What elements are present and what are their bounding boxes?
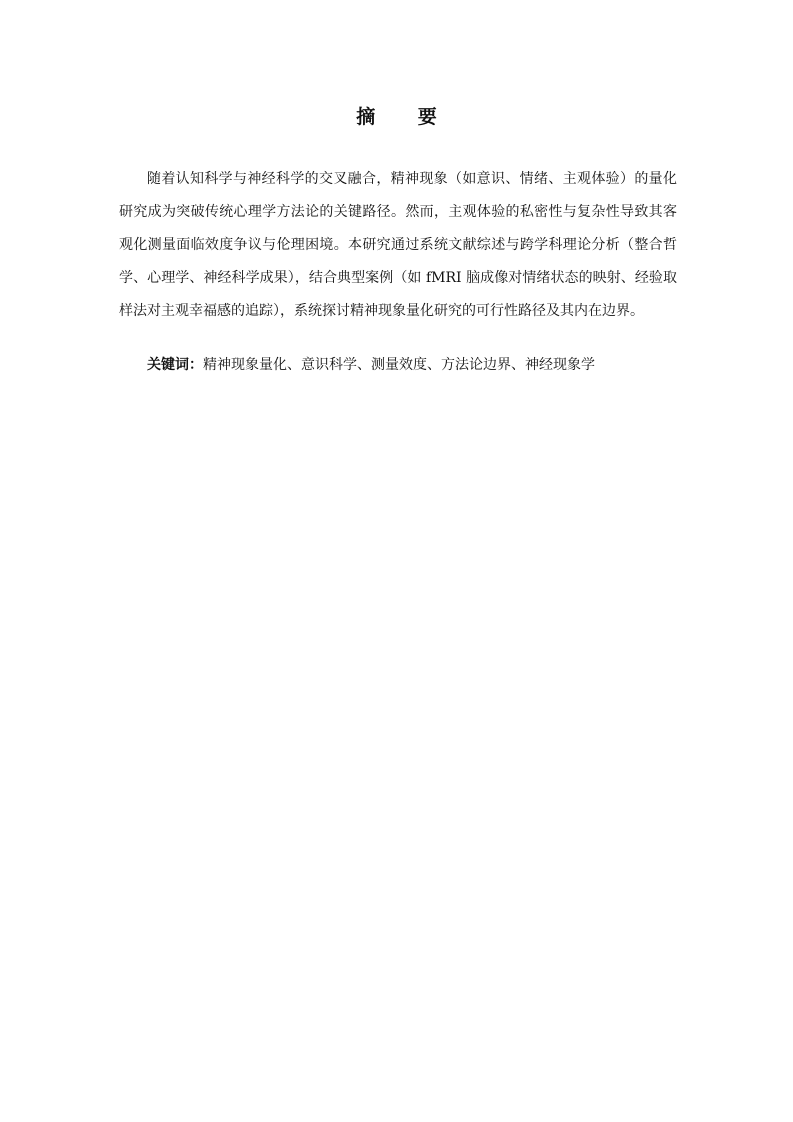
abstract-body: 随着认知科学与神经科学的交叉融合，精神现象（如意识、情绪、主观体验）的量化研究成… — [119, 163, 677, 328]
keywords-list: 精神现象量化、意识科学、测量效度、方法论边界、神经现象学 — [203, 357, 595, 373]
document-page: 摘 要 随着认知科学与神经科学的交叉融合，精神现象（如意识、情绪、主观体验）的量… — [0, 0, 793, 1122]
abstract-title: 摘 要 — [0, 104, 793, 130]
keywords-label: 关键词： — [147, 357, 203, 373]
keywords-line: 关键词：精神现象量化、意识科学、测量效度、方法论边界、神经现象学 — [147, 352, 677, 378]
